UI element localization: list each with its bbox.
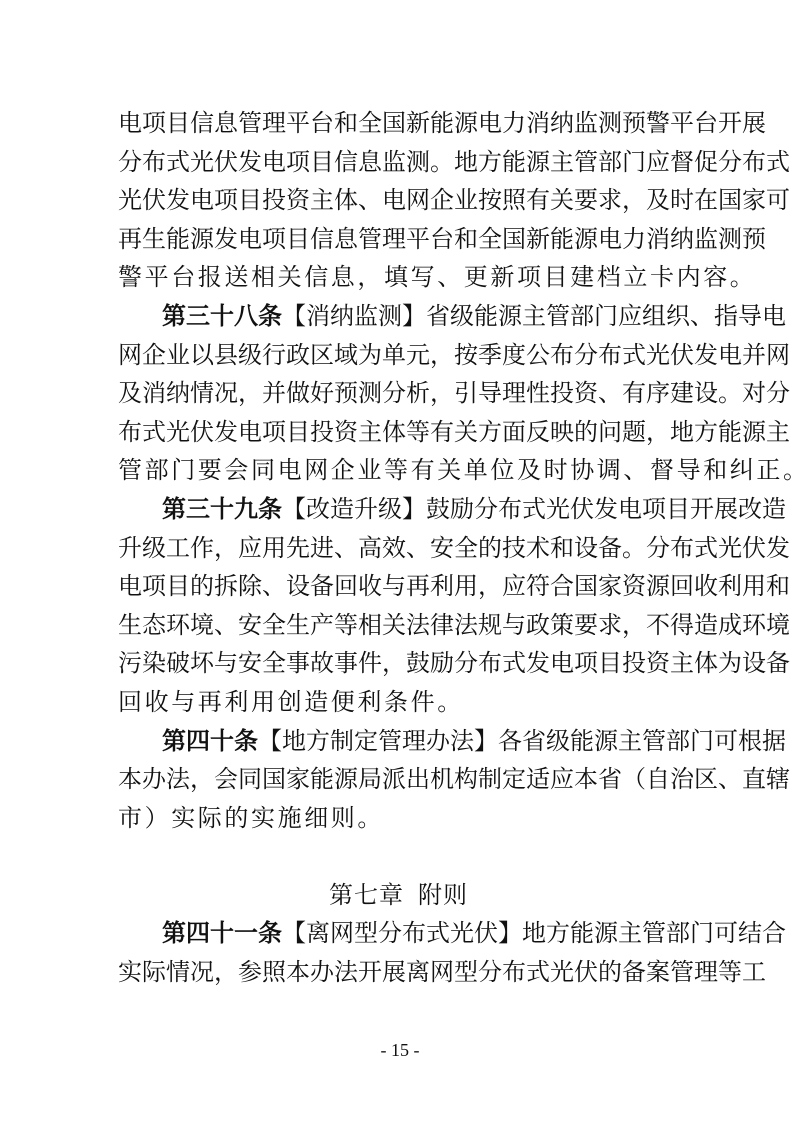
page-number: - 15 -	[0, 1040, 800, 1061]
text-line: 升级工作，应用先进、高效、安全的技术和设备。分布式光伏发	[118, 529, 679, 568]
article-40-text: 各省级能源主管部门可根据	[498, 727, 786, 755]
text-line: 市）实际的实施细则。	[118, 799, 679, 838]
article-39-first-line: 第三十九条【改造升级】鼓励分布式光伏发电项目开展改造	[118, 490, 679, 529]
chapter-number: 第七章	[329, 881, 404, 909]
text-line: 实际情况，参照本办法开展离网型分布式光伏的备案管理等工	[118, 953, 679, 992]
text-line: 污染破坏与安全事故事件，鼓励分布式发电项目投资主体为设备	[118, 644, 679, 683]
article-38-text: 省级能源主管部门应组织、指导电	[426, 302, 786, 330]
article-40-first-line: 第四十条【地方制定管理办法】各省级能源主管部门可根据	[118, 722, 679, 761]
article-38-heading: 第三十八条	[162, 302, 282, 330]
text-line: 管部门要会同电网企业等有关单位及时协调、督导和纠正。	[118, 451, 679, 490]
blank-line	[118, 837, 679, 876]
article-39-heading: 第三十九条	[162, 495, 282, 523]
text-line: 回收与再利用创造便利条件。	[118, 683, 679, 722]
document-body: 电项目信息管理平台和全国新能源电力消纳监测预警平台开展 分布式光伏发电项目信息监…	[118, 104, 679, 992]
text-line: 本办法，会同国家能源局派出机构制定适应本省（自治区、直辖	[118, 760, 679, 799]
text-line: 电项目的拆除、设备回收与再利用，应符合国家资源回收利用和	[118, 567, 679, 606]
text-line: 再生能源发电项目信息管理平台和全国新能源电力消纳监测预	[118, 220, 679, 259]
text-line: 电项目信息管理平台和全国新能源电力消纳监测预警平台开展	[118, 104, 679, 143]
document-page: 电项目信息管理平台和全国新能源电力消纳监测预警平台开展 分布式光伏发电项目信息监…	[0, 0, 800, 1131]
text-line: 网企业以县级行政区域为单元，按季度公布分布式光伏发电并网	[118, 336, 679, 375]
article-41-heading: 第四十一条	[162, 919, 282, 947]
article-41-title: 【离网型分布式光伏】	[282, 919, 522, 947]
article-39-title: 【改造升级】	[282, 495, 426, 523]
text-line: 及消纳情况，并做好预测分析，引导理性投资、有序建设。对分	[118, 374, 679, 413]
article-41-first-line: 第四十一条【离网型分布式光伏】地方能源主管部门可结合	[118, 914, 679, 953]
article-40-heading: 第四十条	[162, 727, 258, 755]
chapter-heading: 第七章附则	[118, 876, 679, 915]
text-line: 警平台报送相关信息，填写、更新项目建档立卡内容。	[118, 258, 679, 297]
chapter-title: 附则	[418, 881, 468, 909]
text-line: 分布式光伏发电项目信息监测。地方能源主管部门应督促分布式	[118, 143, 679, 182]
text-line: 布式光伏发电项目投资主体等有关方面反映的问题，地方能源主	[118, 413, 679, 452]
article-40-title: 【地方制定管理办法】	[258, 727, 498, 755]
article-39-text: 鼓励分布式光伏发电项目开展改造	[426, 495, 786, 523]
text-line: 光伏发电项目投资主体、电网企业按照有关要求，及时在国家可	[118, 181, 679, 220]
text-line: 生态环境、安全生产等相关法律法规与政策要求，不得造成环境	[118, 606, 679, 645]
article-38-first-line: 第三十八条【消纳监测】省级能源主管部门应组织、指导电	[118, 297, 679, 336]
article-38-title: 【消纳监测】	[282, 302, 426, 330]
article-41-text: 地方能源主管部门可结合	[522, 919, 786, 947]
